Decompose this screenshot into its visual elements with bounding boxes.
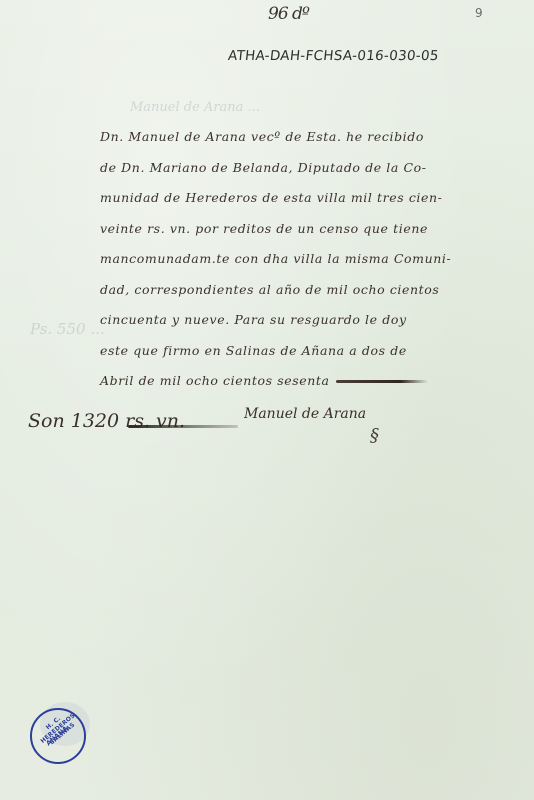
body-line-text: Abril de mil ocho cientos sesenta: [100, 373, 330, 388]
pen-flourish: [336, 380, 428, 383]
archive-reference-code: ATHA-DAH-FCHSA-016-030-05: [227, 48, 439, 64]
body-line: mancomunadam.te con dha villa la misma C…: [100, 244, 520, 275]
signature: Manuel de Arana: [244, 406, 366, 422]
body-line: munidad de Herederos de esta villa mil t…: [100, 183, 520, 214]
body-line-last: Abril de mil ocho cientos sesenta: [100, 366, 520, 397]
body-line: este que firmo en Salinas de Añana a dos…: [100, 336, 520, 367]
body-line: de Dn. Mariano de Belanda, Diputado de l…: [100, 153, 520, 184]
receipt-body: Dn. Manuel de Arana vecº de Esta. he rec…: [100, 122, 520, 397]
body-line: dad, correspondientes al año de mil ocho…: [100, 275, 520, 306]
archive-stamp: H. C. HEREDEROS SALINAS AÑANA: [30, 708, 86, 764]
body-line: veinte rs. vn. por reditos de un censo q…: [100, 214, 520, 245]
pen-flourish: [128, 425, 238, 428]
manuscript-page: 96 dº 9 ATHA-DAH-FCHSA-016-030-05 Manuel…: [0, 0, 534, 800]
bleed-through-text: Ps. 550 ...: [30, 320, 105, 338]
receipt-amount: Son 1320 rs. vn.: [28, 410, 185, 432]
body-line: Dn. Manuel de Arana vecº de Esta. he rec…: [100, 122, 520, 153]
bleed-through-text: Manuel de Arana ...: [130, 100, 260, 115]
signature-rubric: §: [370, 425, 379, 446]
folio-number: 96 dº: [268, 4, 309, 24]
page-number: 9: [475, 6, 483, 20]
body-line: cincuenta y nueve. Para su resguardo le …: [100, 305, 520, 336]
